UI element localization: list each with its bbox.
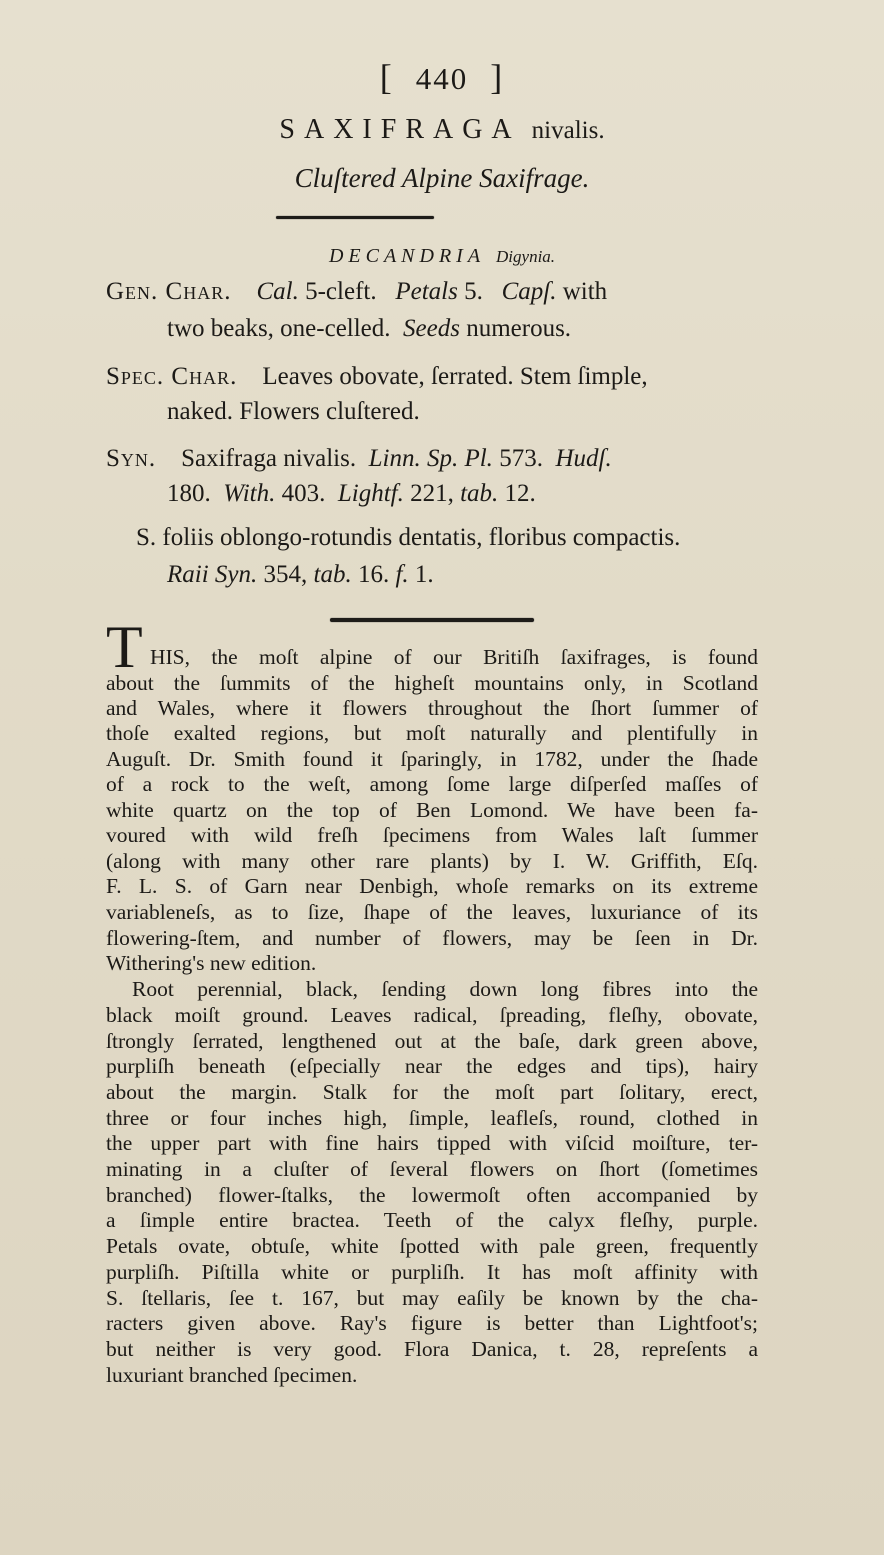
order-name: Digynia.	[496, 247, 555, 266]
page-number: [440]	[0, 56, 884, 98]
specific-character-line-2: naked. Flowers cluſtered.	[167, 398, 420, 426]
body-line: racters given above. Ray's figure is bet…	[106, 1310, 758, 1336]
synonym-line-2: 180. With. 403. Lightf. 221, tab. 12.	[167, 480, 536, 508]
body-line: the upper part with fine hairs tipped wi…	[106, 1130, 758, 1156]
body-line: purpliſh. Piſtilla white or purpliſh. It…	[106, 1259, 758, 1285]
body-line: about the margin. Stalk for the moſt par…	[106, 1079, 758, 1105]
body-line: of a rock to the weſt, among ſome large …	[106, 771, 758, 797]
bracket-open: [	[380, 57, 394, 97]
genus-name: SAXIFRAGA	[279, 114, 520, 145]
ornamental-rule-middle	[330, 618, 534, 622]
body-line: Withering's new edition.	[106, 950, 758, 976]
page-number-value: 440	[416, 61, 469, 96]
linnaean-class: DECANDRIA Digynia.	[0, 245, 884, 268]
drop-cap: T	[106, 617, 143, 677]
body-line: F. L. S. of Garn near Denbigh, whoſe rem…	[106, 873, 758, 899]
body-line: about the ſummits of the higheſt mountai…	[106, 670, 758, 696]
body-line: HIS, the moſt alpine of our Britiſh ſaxi…	[150, 644, 758, 670]
body-line: Petals ovate, obtuſe, white ſpotted with…	[106, 1233, 758, 1259]
species-title: SAXIFRAGA nivalis.	[0, 114, 884, 146]
body-line: white quartz on the top of Ben Lomond. W…	[106, 797, 758, 823]
generic-character-line-2: two beaks, one-celled. Seeds numerous.	[167, 315, 571, 343]
gen-char-label: Gen. Char.	[106, 278, 231, 305]
body-line: thoſe exalted regions, but moſt naturall…	[106, 720, 758, 746]
body-line: Auguſt. Dr. Smith found it ſparingly, in…	[106, 746, 758, 772]
body-line: a ſimple entire bractea. Teeth of the ca…	[106, 1207, 758, 1233]
common-name: Cluſtered Alpine Saxifrage.	[0, 163, 884, 194]
body-line: S. ſtellaris, ſee t. 167, but may eaſily…	[106, 1285, 758, 1311]
body-line: variableneſs, as to ſize, ſhape of the l…	[106, 899, 758, 925]
specific-character-line-1: Spec. Char. Leaves obovate, ſerrated. St…	[106, 363, 648, 391]
body-line: but neither is very good. Flora Danica, …	[106, 1336, 758, 1362]
ray-synonym-line-1: S. foliis oblongo-rotundis dentatis, flo…	[136, 524, 680, 552]
body-line: branched) flower-ſtalks, the lowermoſt o…	[106, 1182, 758, 1208]
body-line: flowering-ſtem, and number of flowers, m…	[106, 925, 758, 951]
body-line: purpliſh beneath (eſpecially near the ed…	[106, 1053, 758, 1079]
species-epithet: nivalis.	[532, 117, 605, 144]
spec-char-label: Spec. Char.	[106, 363, 237, 390]
ray-synonym-line-2: Raii Syn. 354, tab. 16. f. 1.	[167, 561, 434, 589]
body-line: and Wales, where it flowers throughout t…	[106, 695, 758, 721]
body-line: minating in a cluſter of ſeveral flowers…	[106, 1156, 758, 1182]
body-line: three or four inches high, ſimple, leafl…	[106, 1105, 758, 1131]
syn-label: Syn.	[106, 445, 156, 472]
synonym-line-1: Syn. Saxifraga nivalis. Linn. Sp. Pl. 57…	[106, 445, 612, 473]
book-page: [440] SAXIFRAGA nivalis. Cluſtered Alpin…	[0, 0, 884, 1555]
body-line: voured with wild freſh ſpecimens from Wa…	[106, 822, 758, 848]
bracket-close: ]	[490, 57, 504, 97]
body-line: luxuriant branched ſpecimen.	[106, 1362, 758, 1388]
class-name: DECANDRIA	[329, 245, 485, 267]
body-line: Root perennial, black, ſending down long…	[132, 976, 758, 1002]
generic-character-line-1: Gen. Char. Cal. 5-cleft. Petals 5. Capſ.…	[106, 278, 607, 306]
body-line: (along with many other rare plants) by I…	[106, 848, 758, 874]
body-line: black moiſt ground. Leaves radical, ſpre…	[106, 1002, 758, 1028]
ornamental-rule-top	[276, 216, 434, 219]
body-line: ſtrongly ſerrated, lengthened out at the…	[106, 1028, 758, 1054]
